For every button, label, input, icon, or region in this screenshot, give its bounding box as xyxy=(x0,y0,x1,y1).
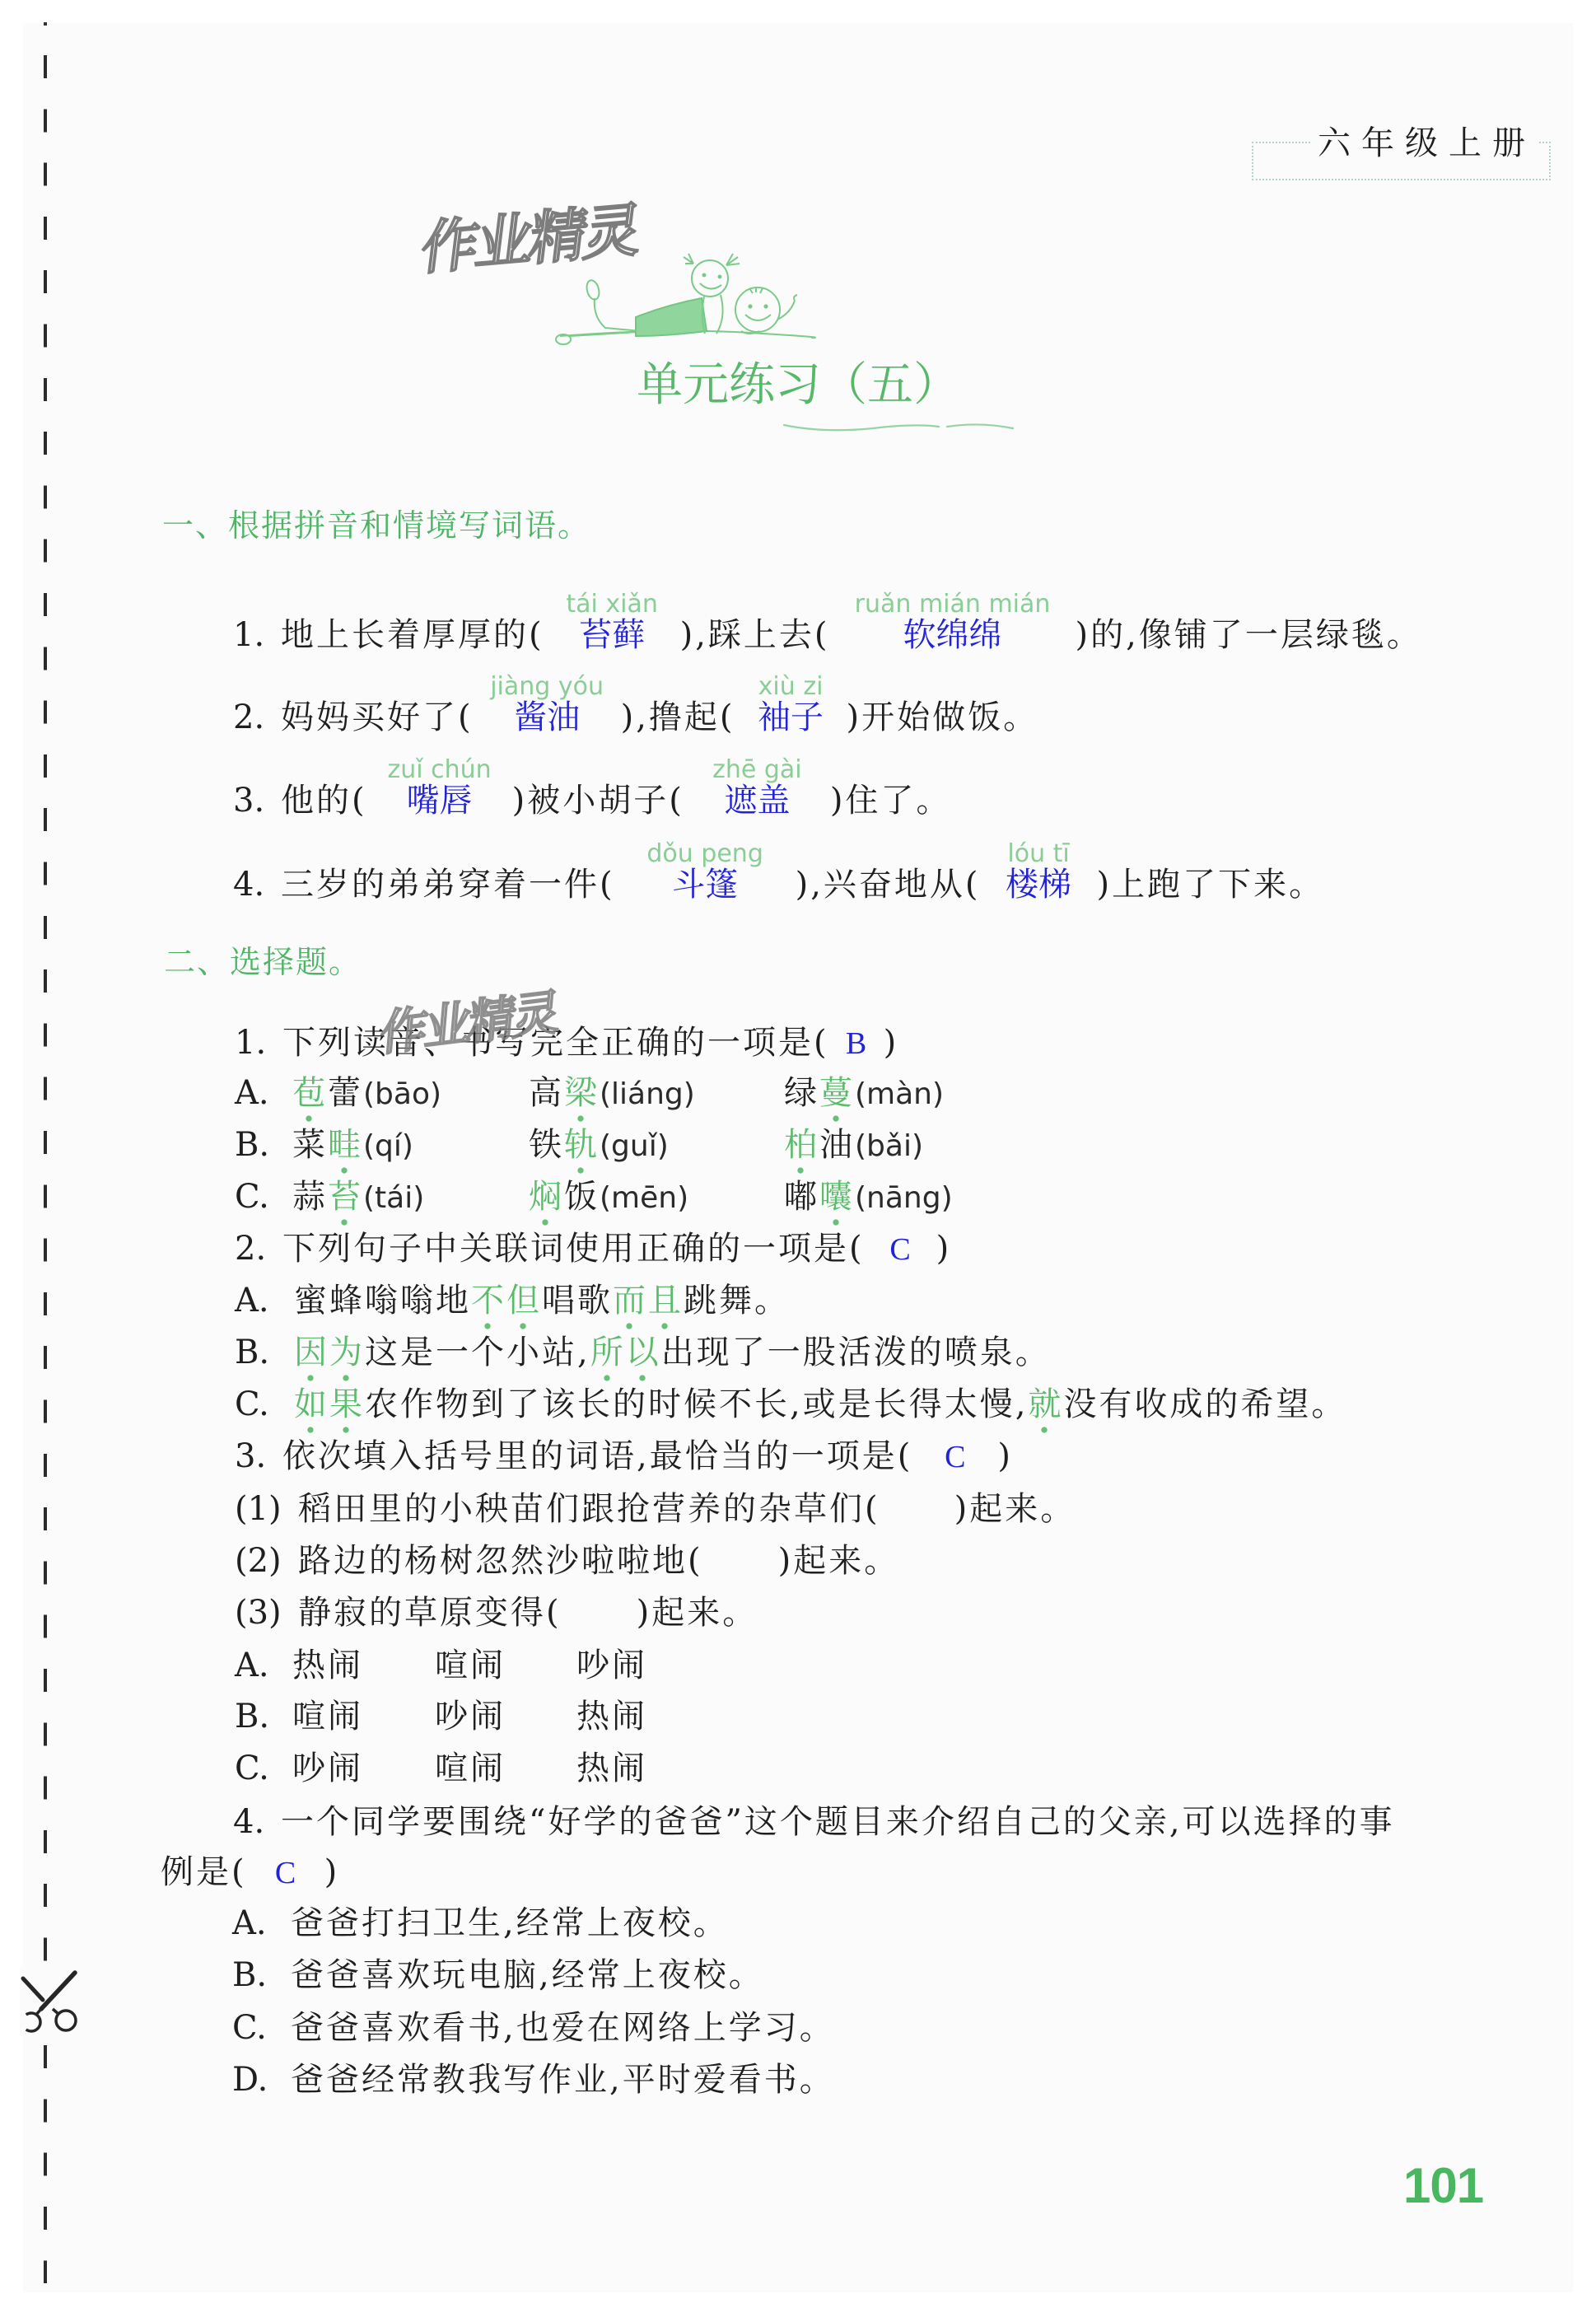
word-pinyin: (nāng) xyxy=(855,1181,953,1215)
option-label: C. xyxy=(235,1748,292,1789)
option-label: C. xyxy=(235,1384,294,1425)
sub-sentence: (3)静寂的草原变得()起来。 xyxy=(235,1592,758,1633)
item-text: 妈妈买好了( xyxy=(281,698,474,736)
option-row: C.爸爸喜欢看书,也爱在网络上学习。 xyxy=(232,2007,835,2048)
answer-blank: xiù zi袖子 xyxy=(735,697,847,738)
answer-blank: C xyxy=(247,1852,324,1893)
close-paren: ) xyxy=(324,1853,340,1891)
option-text: 没有收成的希望。 xyxy=(1063,1385,1346,1423)
word-pinyin: (qí) xyxy=(363,1129,413,1163)
conjunction-emphasis: 就 xyxy=(1028,1384,1063,1425)
section-heading-2: 二、选择题。 xyxy=(164,941,362,983)
pinyin-hint: zhē gài xyxy=(712,756,802,784)
item-text: ),兴奋地从( xyxy=(796,866,981,904)
question-number: 4. xyxy=(233,1801,281,1843)
word-char: 铁 xyxy=(529,1126,564,1164)
answer-blank: zuǐ chún嘴唇 xyxy=(367,780,512,821)
item-text: ),踩上去( xyxy=(680,616,830,654)
fill-item: 4.三岁的弟弟穿着一件(dǒu peng斗篷),兴奋地从(lóu tī楼梯)上跑… xyxy=(233,864,1324,905)
emphasized-char: 轨 xyxy=(564,1124,600,1166)
emphasized-char: 蔓 xyxy=(819,1072,855,1114)
emphasized-char: 焖 xyxy=(529,1176,564,1217)
close-paren: ) xyxy=(936,1230,952,1268)
option-row: C.蒜苔(tái)焖饭(mēn)嘟囔(nāng) xyxy=(235,1176,292,1217)
option-row: D.爸爸经常教我写作业,平时爱看书。 xyxy=(232,2059,835,2100)
option-label: D. xyxy=(232,2059,291,2100)
word-pinyin: (guǐ) xyxy=(600,1129,669,1163)
answer-blank: zhē gài遮盖 xyxy=(684,780,830,821)
option-word: 喧闹 xyxy=(435,1645,506,1686)
word-char: 绿 xyxy=(784,1074,819,1112)
answer-blank: ruǎn mián mián软绵绵 xyxy=(830,614,1076,656)
close-paren: ) xyxy=(884,1024,899,1062)
question-number: 2. xyxy=(235,1228,282,1269)
sub-sentence: (1)稻田里的小秧苗们跟抢营养的杂草们()起来。 xyxy=(235,1488,1076,1530)
sentence-text: 静寂的草原变得( xyxy=(298,1594,562,1632)
option-row: A.爸爸打扫卫生,经常上夜校。 xyxy=(232,1903,729,1944)
answer-blank: jiàng yóu酱油 xyxy=(474,697,621,738)
word-char: 高 xyxy=(529,1074,564,1112)
close-paren: ) xyxy=(997,1437,1013,1475)
option-word: 柏油(bǎi) xyxy=(784,1124,923,1167)
option-row: A.热闹喧闹吵闹 xyxy=(235,1645,292,1686)
sentence-text: 稻田里的小秧苗们跟抢营养的杂草们( xyxy=(298,1490,880,1528)
option-row: B.因为这是一个小站,所以出现了一股活泼的喷泉。 xyxy=(235,1332,1051,1373)
item-number: 4. xyxy=(233,864,281,905)
question-text: 下列读音、书写完全正确的一项是( xyxy=(282,1024,829,1062)
option-text: 爸爸喜欢看书,也爱在网络上学习。 xyxy=(291,2009,835,2047)
option-label: B. xyxy=(232,1955,291,1996)
pinyin-hint: dǒu peng xyxy=(646,840,763,868)
option-word: 菜畦(qí) xyxy=(292,1124,413,1167)
word-char: 蒜 xyxy=(292,1178,328,1216)
cut-line-dot xyxy=(44,22,47,26)
item-text: )住了。 xyxy=(830,782,952,820)
answer-blank: dǒu peng斗篷 xyxy=(615,864,796,905)
option-row: C.吵闹喧闹热闹 xyxy=(235,1748,292,1789)
option-word: 热闹 xyxy=(292,1645,363,1686)
sub-sentence-label: (3) xyxy=(235,1592,298,1633)
emphasized-char: 畦 xyxy=(328,1124,363,1166)
word-char: 嘟 xyxy=(784,1178,819,1216)
question-text: 例是( xyxy=(161,1853,247,1891)
page-number: 101 xyxy=(1403,2159,1483,2213)
sub-sentence-label: (1) xyxy=(235,1488,298,1530)
fill-item: 1.地上长着厚厚的(tái xiǎn苔藓),踩上去(ruǎn mián mián… xyxy=(233,614,1422,656)
option-row: A.苞蕾(bāo)高梁(liáng)绿蔓(màn) xyxy=(235,1072,292,1114)
filled-answer: B xyxy=(846,1026,866,1061)
answer-blank: C xyxy=(865,1228,936,1269)
question-number: 3. xyxy=(235,1436,282,1477)
item-number: 3. xyxy=(233,780,281,821)
item-number: 1. xyxy=(233,614,281,656)
word-pinyin: (bǎi) xyxy=(855,1129,923,1163)
filled-answer: 袖子 xyxy=(758,698,824,736)
filled-answer: 遮盖 xyxy=(724,782,790,820)
answer-blank: C xyxy=(912,1436,997,1477)
sub-sentence-label: (2) xyxy=(235,1540,298,1581)
option-text: 这是一个小站, xyxy=(365,1334,590,1371)
option-row: B.爸爸喜欢玩电脑,经常上夜校。 xyxy=(232,1955,764,1996)
word-pinyin: (màn) xyxy=(855,1077,944,1111)
children-illustration xyxy=(544,239,824,362)
item-text: )被小胡子( xyxy=(512,782,684,820)
word-char: 饭 xyxy=(564,1178,600,1216)
option-text: 唱歌 xyxy=(542,1282,613,1320)
sub-sentence: (2)路边的杨树忽然沙啦啦地()起来。 xyxy=(235,1540,899,1581)
item-text: )上跑了下来。 xyxy=(1097,866,1325,904)
filled-answer: 斗篷 xyxy=(672,866,738,904)
question-2: 2.下列句子中关联词使用正确的一项是(C) xyxy=(235,1228,951,1269)
option-word: 吵闹 xyxy=(435,1696,506,1737)
word-pinyin: (bāo) xyxy=(363,1077,441,1111)
word-char: 蕾 xyxy=(328,1074,363,1112)
emphasized-char: 苞 xyxy=(292,1072,328,1114)
option-word: 高梁(liáng) xyxy=(529,1072,695,1115)
filled-answer: C xyxy=(889,1232,910,1267)
option-label: B. xyxy=(235,1124,292,1166)
filled-answer: C xyxy=(945,1440,965,1474)
option-label: C. xyxy=(232,2007,291,2048)
filled-answer: 楼梯 xyxy=(1006,866,1071,904)
emphasized-char: 苔 xyxy=(328,1176,363,1217)
item-text: ),撸起( xyxy=(621,698,735,736)
conjunction-emphasis: 而且 xyxy=(613,1280,684,1321)
sentence-text: 路边的杨树忽然沙啦啦地( xyxy=(298,1542,703,1580)
question-number: 1. xyxy=(235,1022,282,1063)
word-pinyin: (mēn) xyxy=(600,1181,688,1215)
conjunction-emphasis: 不但 xyxy=(471,1280,542,1321)
option-text: 蜜蜂嗡嗡地 xyxy=(294,1282,471,1320)
fill-item: 2.妈妈买好了(jiàng yóu酱油),撸起(xiù zi袖子)开始做饭。 xyxy=(233,697,1038,738)
emphasized-char: 梁 xyxy=(564,1072,600,1114)
option-word: 喧闹 xyxy=(435,1748,506,1789)
question-text: 下列句子中关联词使用正确的一项是( xyxy=(282,1230,865,1268)
option-label: A. xyxy=(235,1072,292,1114)
option-word: 焖饭(mēn) xyxy=(529,1176,688,1219)
filled-answer: 酱油 xyxy=(514,698,580,736)
option-row: A.蜜蜂嗡嗡地不但唱歌而且跳舞。 xyxy=(235,1280,790,1321)
answer-blank: tái xiǎn苔藓 xyxy=(544,614,680,656)
option-row: B.菜畦(qí)铁轨(guǐ)柏油(bǎi) xyxy=(235,1124,292,1166)
page-title: 单元练习（五） xyxy=(637,357,959,414)
option-label: A. xyxy=(232,1903,291,1944)
option-word: 热闹 xyxy=(576,1696,647,1737)
item-text: )的,像铺了一层绿毯。 xyxy=(1076,616,1422,654)
item-text: 三岁的弟弟穿着一件( xyxy=(281,866,615,904)
section-heading-1: 一、根据拼音和情境写词语。 xyxy=(162,505,590,546)
option-label: A. xyxy=(235,1645,292,1686)
word-char: 油 xyxy=(819,1126,855,1164)
option-label: C. xyxy=(235,1176,292,1217)
option-text: 爸爸喜欢玩电脑,经常上夜校。 xyxy=(291,1956,764,1994)
grade-label: 六年级上册 xyxy=(1311,122,1539,165)
pinyin-hint: xiù zi xyxy=(758,673,824,701)
fill-item: 3.他的(zuǐ chún嘴唇)被小胡子(zhē gài遮盖)住了。 xyxy=(233,780,951,821)
filled-answer: C xyxy=(275,1856,296,1890)
option-word: 喧闹 xyxy=(292,1696,363,1737)
item-text: 地上长着厚厚的( xyxy=(281,616,544,654)
option-label: B. xyxy=(235,1332,294,1373)
question-text: 一个同学要围绕“好学的爸爸”这个题目来介绍自己的父亲,可以选择的事 xyxy=(281,1803,1395,1841)
option-word: 热闹 xyxy=(576,1748,647,1789)
question-4: 4.一个同学要围绕“好学的爸爸”这个题目来介绍自己的父亲,可以选择的事 xyxy=(233,1801,1395,1843)
option-text: 跳舞。 xyxy=(684,1282,790,1320)
sentence-text: )起来。 xyxy=(778,1542,900,1580)
item-text: 他的( xyxy=(281,782,367,820)
filled-answer: 嘴唇 xyxy=(407,782,473,820)
option-label: B. xyxy=(235,1696,292,1737)
emphasized-char: 柏 xyxy=(784,1124,819,1166)
option-word: 铁轨(guǐ) xyxy=(529,1124,669,1167)
empty-blank xyxy=(562,1592,637,1633)
conjunction-emphasis: 如果 xyxy=(294,1384,365,1425)
option-label: A. xyxy=(235,1280,294,1321)
question-3: 3.依次填入括号里的词语,最恰当的一项是(C) xyxy=(235,1436,1013,1477)
option-row: C.如果农作物到了该长的时候不长,或是长得太慢,就没有收成的希望。 xyxy=(235,1384,1346,1425)
option-word: 嘟囔(nāng) xyxy=(784,1176,953,1219)
word-pinyin: (tái) xyxy=(363,1181,424,1215)
word-char: 菜 xyxy=(292,1126,328,1164)
sentence-text: )起来。 xyxy=(637,1594,758,1632)
sentence-text: )起来。 xyxy=(954,1490,1076,1528)
option-row: B.喧闹吵闹热闹 xyxy=(235,1696,292,1737)
option-text: 出现了一股活泼的喷泉。 xyxy=(661,1334,1051,1371)
title-underline-decoration xyxy=(774,412,1021,437)
option-word: 吵闹 xyxy=(292,1748,363,1789)
answer-blank: B xyxy=(829,1022,884,1063)
question-4-continuation: 例是(C) xyxy=(161,1852,339,1893)
word-pinyin: (liáng) xyxy=(600,1077,695,1111)
option-text: 爸爸经常教我写作业,平时爱看书。 xyxy=(291,2061,835,2099)
option-word: 苞蕾(bāo) xyxy=(292,1072,441,1115)
pinyin-hint: zuǐ chún xyxy=(388,756,492,784)
conjunction-emphasis: 所以 xyxy=(590,1332,661,1373)
option-word: 蒜苔(tái) xyxy=(292,1176,424,1219)
dashed-cut-line xyxy=(44,55,47,2283)
empty-blank xyxy=(703,1540,778,1581)
pinyin-hint: lóu tī xyxy=(1007,840,1069,868)
pinyin-hint: jiàng yóu xyxy=(490,673,604,701)
option-word: 绿蔓(màn) xyxy=(784,1072,944,1115)
filled-answer: 软绵绵 xyxy=(903,616,1002,654)
conjunction-emphasis: 因为 xyxy=(294,1332,365,1373)
item-text: )开始做饭。 xyxy=(847,698,1039,736)
emphasized-char: 囔 xyxy=(819,1176,855,1217)
scissors-icon xyxy=(20,1967,79,2036)
option-text: 爸爸打扫卫生,经常上夜校。 xyxy=(291,1904,729,1942)
option-word: 吵闹 xyxy=(576,1645,647,1686)
question-text: 依次填入括号里的词语,最恰当的一项是( xyxy=(282,1437,912,1475)
item-number: 2. xyxy=(233,697,281,738)
question-1: 1.下列读音、书写完全正确的一项是(B) xyxy=(235,1022,898,1063)
answer-blank: lóu tī楼梯 xyxy=(981,864,1097,905)
pinyin-hint: tái xiǎn xyxy=(566,591,658,619)
pinyin-hint: ruǎn mián mián xyxy=(855,591,1051,619)
option-text: 农作物到了该长的时候不长,或是长得太慢, xyxy=(365,1385,1028,1423)
filled-answer: 苔藓 xyxy=(579,616,645,654)
empty-blank xyxy=(880,1488,954,1530)
